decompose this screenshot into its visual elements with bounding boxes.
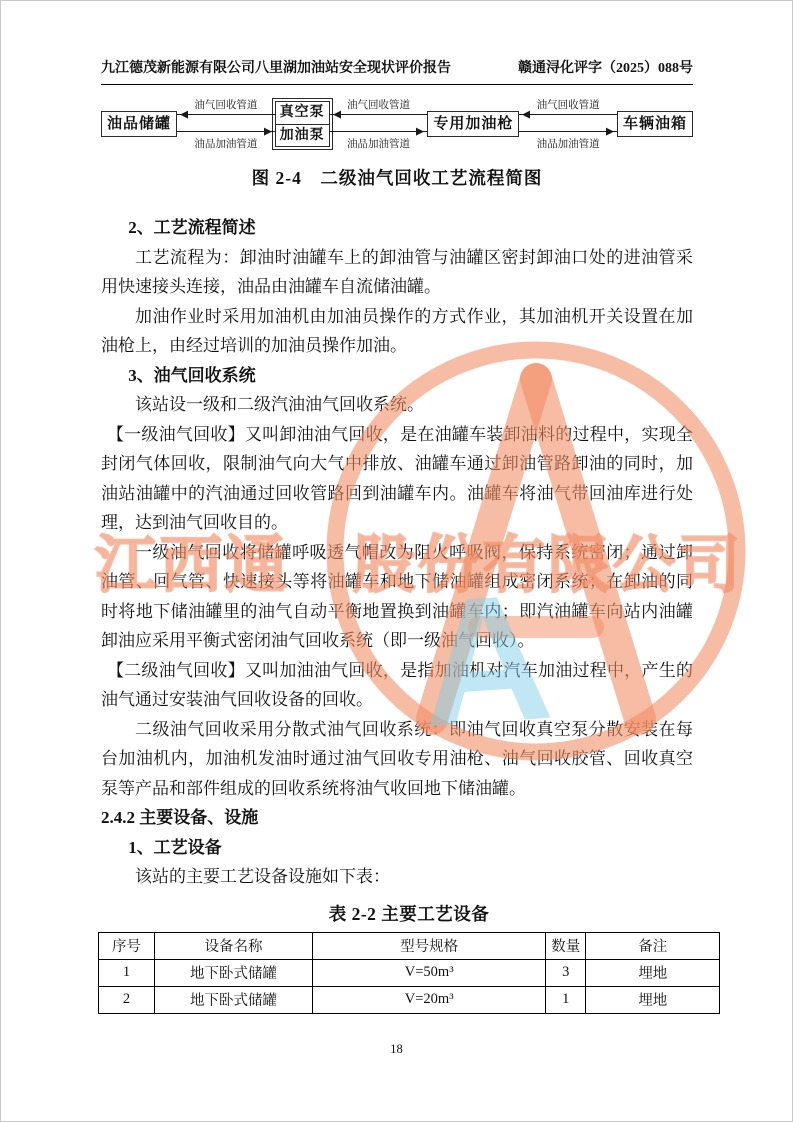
oil-filling-pipe-label: 油品加油管道 bbox=[519, 136, 617, 151]
vapor-recovery-pipe-label: 油气回收管道 bbox=[330, 97, 428, 112]
page-header: 九江德茂新能源有限公司八里湖加油站安全现状评价报告 赣通浔化评字（2025）08… bbox=[101, 57, 693, 85]
diagram-connector-1: 油气回收管道 油品加油管道 bbox=[177, 96, 275, 152]
arrow-right-icon bbox=[519, 131, 617, 132]
cell-remark: 埋地 bbox=[586, 959, 720, 986]
cell-model-spec: V=20m³ bbox=[313, 986, 546, 1013]
header-report-title: 九江德茂新能源有限公司八里湖加油站安全现状评价报告 bbox=[101, 57, 451, 77]
table-row: 1 地下卧式储罐 V=50m³ 3 埋地 bbox=[99, 959, 720, 986]
figure-caption: 图 2-4 二级油气回收工艺流程简图 bbox=[101, 165, 693, 190]
table-title: 表 2-2 主要工艺设备 bbox=[98, 901, 720, 926]
column-header-remark: 备注 bbox=[586, 932, 720, 959]
body-text: 2、工艺流程简述 工艺流程为：卸油时油罐车上的卸油管与油罐区密封卸油口处的进油管… bbox=[101, 213, 693, 892]
arrow-left-icon bbox=[519, 114, 617, 115]
table-header-row: 序号 设备名称 型号规格 数量 备注 bbox=[99, 932, 720, 959]
paragraph-primary-recovery: 【一级油气回收】又叫卸油油气回收，是在油罐车装卸油料的过程中，实现全封闭气体回收… bbox=[101, 420, 693, 538]
diagram-connector-3: 油气回收管道 油品加油管道 bbox=[519, 96, 617, 152]
paragraph: 二级油气回收采用分散式油气回收系统：即油气回收真空泵分散安装在每台加油机内，加油… bbox=[101, 715, 693, 804]
cell-remark: 埋地 bbox=[586, 986, 720, 1013]
column-header-equipment-name: 设备名称 bbox=[154, 932, 312, 959]
paragraph: 该站设一级和二级汽油油气回收系统。 bbox=[101, 390, 693, 420]
fuel-pump-label: 加油泵 bbox=[276, 124, 329, 147]
column-header-quantity: 数量 bbox=[546, 932, 586, 959]
oil-filling-pipe-label: 油品加油管道 bbox=[330, 136, 428, 151]
paragraph: 该站的主要工艺设备设施如下表： bbox=[101, 862, 693, 892]
paragraph-secondary-recovery: 【二级油气回收】又叫加油油气回收，是指加油机对汽车加油过程中，产生的油气通过安装… bbox=[101, 656, 693, 715]
diagram-connector-2: 油气回收管道 油品加油管道 bbox=[330, 96, 428, 152]
heading-process-equipment: 1、工艺设备 bbox=[101, 833, 693, 863]
diagram-box-oil-storage-tank: 油品储罐 bbox=[101, 111, 177, 138]
cell-equipment-name: 地下卧式储罐 bbox=[154, 959, 312, 986]
heading-vapor-recovery-system: 3、油气回收系统 bbox=[101, 361, 693, 391]
arrow-right-icon bbox=[330, 131, 428, 132]
column-header-model-spec: 型号规格 bbox=[313, 932, 546, 959]
equipment-table: 序号 设备名称 型号规格 数量 备注 1 地下卧式储罐 V=50m³ 3 埋地 … bbox=[98, 932, 720, 1014]
cell-quantity: 3 bbox=[546, 959, 586, 986]
oil-filling-pipe-label: 油品加油管道 bbox=[177, 136, 275, 151]
diagram-box-dedicated-nozzle: 专用加油枪 bbox=[427, 111, 519, 138]
header-doc-number: 赣通浔化评字（2025）088号 bbox=[518, 57, 693, 77]
document-page: 九江德茂新能源有限公司八里湖加油站安全现状评价报告 赣通浔化评字（2025）08… bbox=[0, 0, 793, 1122]
column-header-index: 序号 bbox=[99, 932, 155, 959]
vacuum-pump-label: 真空泵 bbox=[276, 102, 329, 124]
cell-quantity: 1 bbox=[546, 986, 586, 1013]
paragraph: 加油作业时采用加油机由加油员操作的方式作业，其加油机开关设置在加油枪上，由经过培… bbox=[101, 302, 693, 361]
vapor-recovery-flow-diagram: 油品储罐 油气回收管道 油品加油管道 真空泵 加油泵 油气回收管道 油品加油管道… bbox=[101, 95, 693, 153]
arrow-left-icon bbox=[177, 114, 275, 115]
cell-index: 2 bbox=[99, 986, 155, 1013]
paragraph: 一级油气回收将储罐呼吸透气帽改为阻火呼吸阀，保持系统密闭；通过卸油管、回气管、快… bbox=[101, 538, 693, 656]
heading-process-summary: 2、工艺流程简述 bbox=[101, 213, 693, 243]
arrow-left-icon bbox=[330, 114, 428, 115]
cell-model-spec: V=50m³ bbox=[313, 959, 546, 986]
page-number: 18 bbox=[1, 1042, 792, 1057]
vapor-recovery-pipe-label: 油气回收管道 bbox=[519, 97, 617, 112]
diagram-box-vacuum-fuel-pump: 真空泵 加油泵 bbox=[275, 101, 330, 147]
cell-equipment-name: 地下卧式储罐 bbox=[154, 986, 312, 1013]
diagram-box-vehicle-tank: 车辆油箱 bbox=[617, 111, 693, 138]
heading-main-equipment: 2.4.2 主要设备、设施 bbox=[101, 803, 693, 833]
vapor-recovery-pipe-label: 油气回收管道 bbox=[177, 97, 275, 112]
cell-index: 1 bbox=[99, 959, 155, 986]
table-row: 2 地下卧式储罐 V=20m³ 1 埋地 bbox=[99, 986, 720, 1013]
paragraph: 工艺流程为：卸油时油罐车上的卸油管与油罐区密封卸油口处的进油管采用快速接头连接，… bbox=[101, 243, 693, 302]
arrow-right-icon bbox=[177, 131, 275, 132]
